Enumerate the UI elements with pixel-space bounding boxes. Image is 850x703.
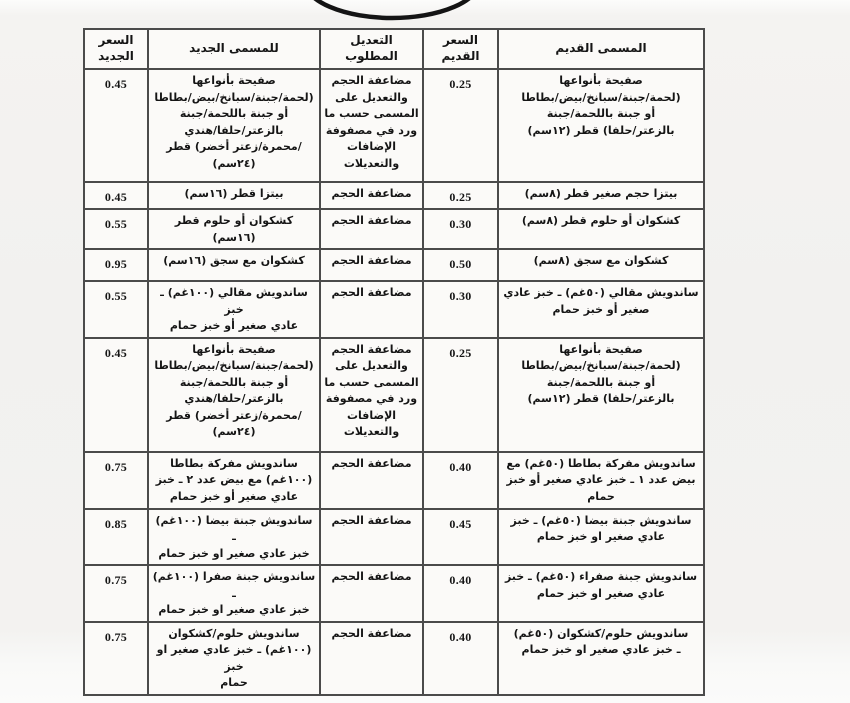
old-price-cell: 0.25 — [423, 69, 498, 182]
modification-cell: مضاعفة الحجم والتعديل على المسمى حسب ما … — [320, 338, 423, 452]
col-header-old-name: المسمى القديم — [498, 29, 704, 69]
table-row: ساندويش مفركة بطاطا (٥٠غم) مع بيض عدد ١ … — [84, 452, 704, 509]
table-row: صفيحة بأنواعها (لحمة/جبنة/سبانخ/بيض/بطاط… — [84, 338, 704, 452]
old-name-cell: ساندويش مفركة بطاطا (٥٠غم) مع بيض عدد ١ … — [498, 452, 704, 509]
old-price-cell: 0.45 — [423, 509, 498, 566]
modification-cell: مضاعفة الحجم — [320, 565, 423, 622]
new-price-cell: 0.45 — [84, 338, 148, 452]
modification-cell: مضاعفة الحجم — [320, 622, 423, 695]
new-name-cell: صفيحة بأنواعها (لحمة/جبنة/سبانخ/بيض/بطاط… — [148, 338, 320, 452]
table-body: صفيحة بأنواعها (لحمة/جبنة/سبانخ/بيض/بطاط… — [84, 69, 704, 695]
header-row: المسمى القديم السعر القديم التعديل المطل… — [84, 29, 704, 69]
old-name-cell: كشكوان مع سجق (٨سم) — [498, 249, 704, 281]
modification-cell: مضاعفة الحجم — [320, 249, 423, 281]
table-row: بيتزا حجم صغير قطر (٨سم) 0.25 مضاعفة الح… — [84, 182, 704, 209]
old-name-cell: ساندويش حلوم/كشكوان (٥٠غم) ـ خبز عادي صغ… — [498, 622, 704, 695]
new-price-cell: 0.55 — [84, 281, 148, 338]
new-price-cell: 0.45 — [84, 182, 148, 209]
price-change-table: المسمى القديم السعر القديم التعديل المطل… — [83, 28, 705, 696]
modification-cell: مضاعفة الحجم — [320, 209, 423, 249]
table-row: ساندويش جبنة صفراء (٥٠غم) ـ خبز عادي صغي… — [84, 565, 704, 622]
col-header-new-name: للمسمى الجديد — [148, 29, 320, 69]
modification-cell: مضاعفة الحجم — [320, 281, 423, 338]
old-price-cell: 0.40 — [423, 565, 498, 622]
modification-cell: مضاعفة الحجم والتعديل على المسمى حسب ما … — [320, 69, 423, 182]
old-name-cell: كشكوان أو حلوم قطر (٨سم) — [498, 209, 704, 249]
new-price-cell: 0.75 — [84, 622, 148, 695]
old-price-cell: 0.25 — [423, 182, 498, 209]
new-name-cell: ساندويش حلوم/كشكوان (١٠٠غم) ـ خبز عادي ص… — [148, 622, 320, 695]
table-row: صفيحة بأنواعها (لحمة/جبنة/سبانخ/بيض/بطاط… — [84, 69, 704, 182]
modification-cell: مضاعفة الحجم — [320, 182, 423, 209]
table-row: ساندويش حلوم/كشكوان (٥٠غم) ـ خبز عادي صغ… — [84, 622, 704, 695]
new-name-cell: ساندويش مفركة بطاطا (١٠٠غم) مع بيض عدد ٢… — [148, 452, 320, 509]
col-header-modification: التعديل المطلوب — [320, 29, 423, 69]
modification-cell: مضاعفة الحجم — [320, 452, 423, 509]
table-row: ساندويش جبنة بيضا (٥٠غم) ـ خبز عادي صغير… — [84, 509, 704, 566]
modification-cell: مضاعفة الحجم — [320, 509, 423, 566]
new-name-cell: بيتزا قطر (١٦سم) — [148, 182, 320, 209]
new-name-cell: ساندويش جبنة بيضا (١٠٠غم) ـ خبز عادي صغي… — [148, 509, 320, 566]
old-price-cell: 0.40 — [423, 622, 498, 695]
old-name-cell: صفيحة بأنواعها (لحمة/جبنة/سبانخ/بيض/بطاط… — [498, 338, 704, 452]
old-name-cell: صفيحة بأنواعها (لحمة/جبنة/سبانخ/بيض/بطاط… — [498, 69, 704, 182]
old-price-cell: 0.40 — [423, 452, 498, 509]
new-price-cell: 0.95 — [84, 249, 148, 281]
old-price-cell: 0.30 — [423, 209, 498, 249]
new-price-cell: 0.85 — [84, 509, 148, 566]
old-price-cell: 0.30 — [423, 281, 498, 338]
new-price-cell: 0.55 — [84, 209, 148, 249]
col-header-new-price: السعر الجديد — [84, 29, 148, 69]
stamp-ellipse-arc-icon — [0, 0, 850, 26]
table-row: كشكوان مع سجق (٨سم) 0.50 مضاعفة الحجم كش… — [84, 249, 704, 281]
new-name-cell: ساندويش جبنة صفرا (١٠٠غم) ـ خبز عادي صغي… — [148, 565, 320, 622]
new-name-cell: كشكوان مع سجق (١٦سم) — [148, 249, 320, 281]
old-name-cell: ساندويش جبنة صفراء (٥٠غم) ـ خبز عادي صغي… — [498, 565, 704, 622]
scanned-document-page: { "decoration": { "stamp_icon": "partial… — [0, 0, 850, 703]
table-row: ساندويش مقالي (٥٠غم) ـ خبز عادي صغير أو … — [84, 281, 704, 338]
new-price-cell: 0.45 — [84, 69, 148, 182]
old-name-cell: ساندويش جبنة بيضا (٥٠غم) ـ خبز عادي صغير… — [498, 509, 704, 566]
new-name-cell: ساندويش مقالي (١٠٠غم) ـ خبز عادي صغير أو… — [148, 281, 320, 338]
old-name-cell: بيتزا حجم صغير قطر (٨سم) — [498, 182, 704, 209]
new-name-cell: كشكوان أو حلوم قطر (١٦سم) — [148, 209, 320, 249]
new-price-cell: 0.75 — [84, 565, 148, 622]
new-name-cell: صفيحة بأنواعها (لحمة/جبنة/سبانخ/بيض/بطاط… — [148, 69, 320, 182]
old-name-cell: ساندويش مقالي (٥٠غم) ـ خبز عادي صغير أو … — [498, 281, 704, 338]
new-price-cell: 0.75 — [84, 452, 148, 509]
col-header-old-price: السعر القديم — [423, 29, 498, 69]
old-price-cell: 0.50 — [423, 249, 498, 281]
table-row: كشكوان أو حلوم قطر (٨سم) 0.30 مضاعفة الح… — [84, 209, 704, 249]
old-price-cell: 0.25 — [423, 338, 498, 452]
